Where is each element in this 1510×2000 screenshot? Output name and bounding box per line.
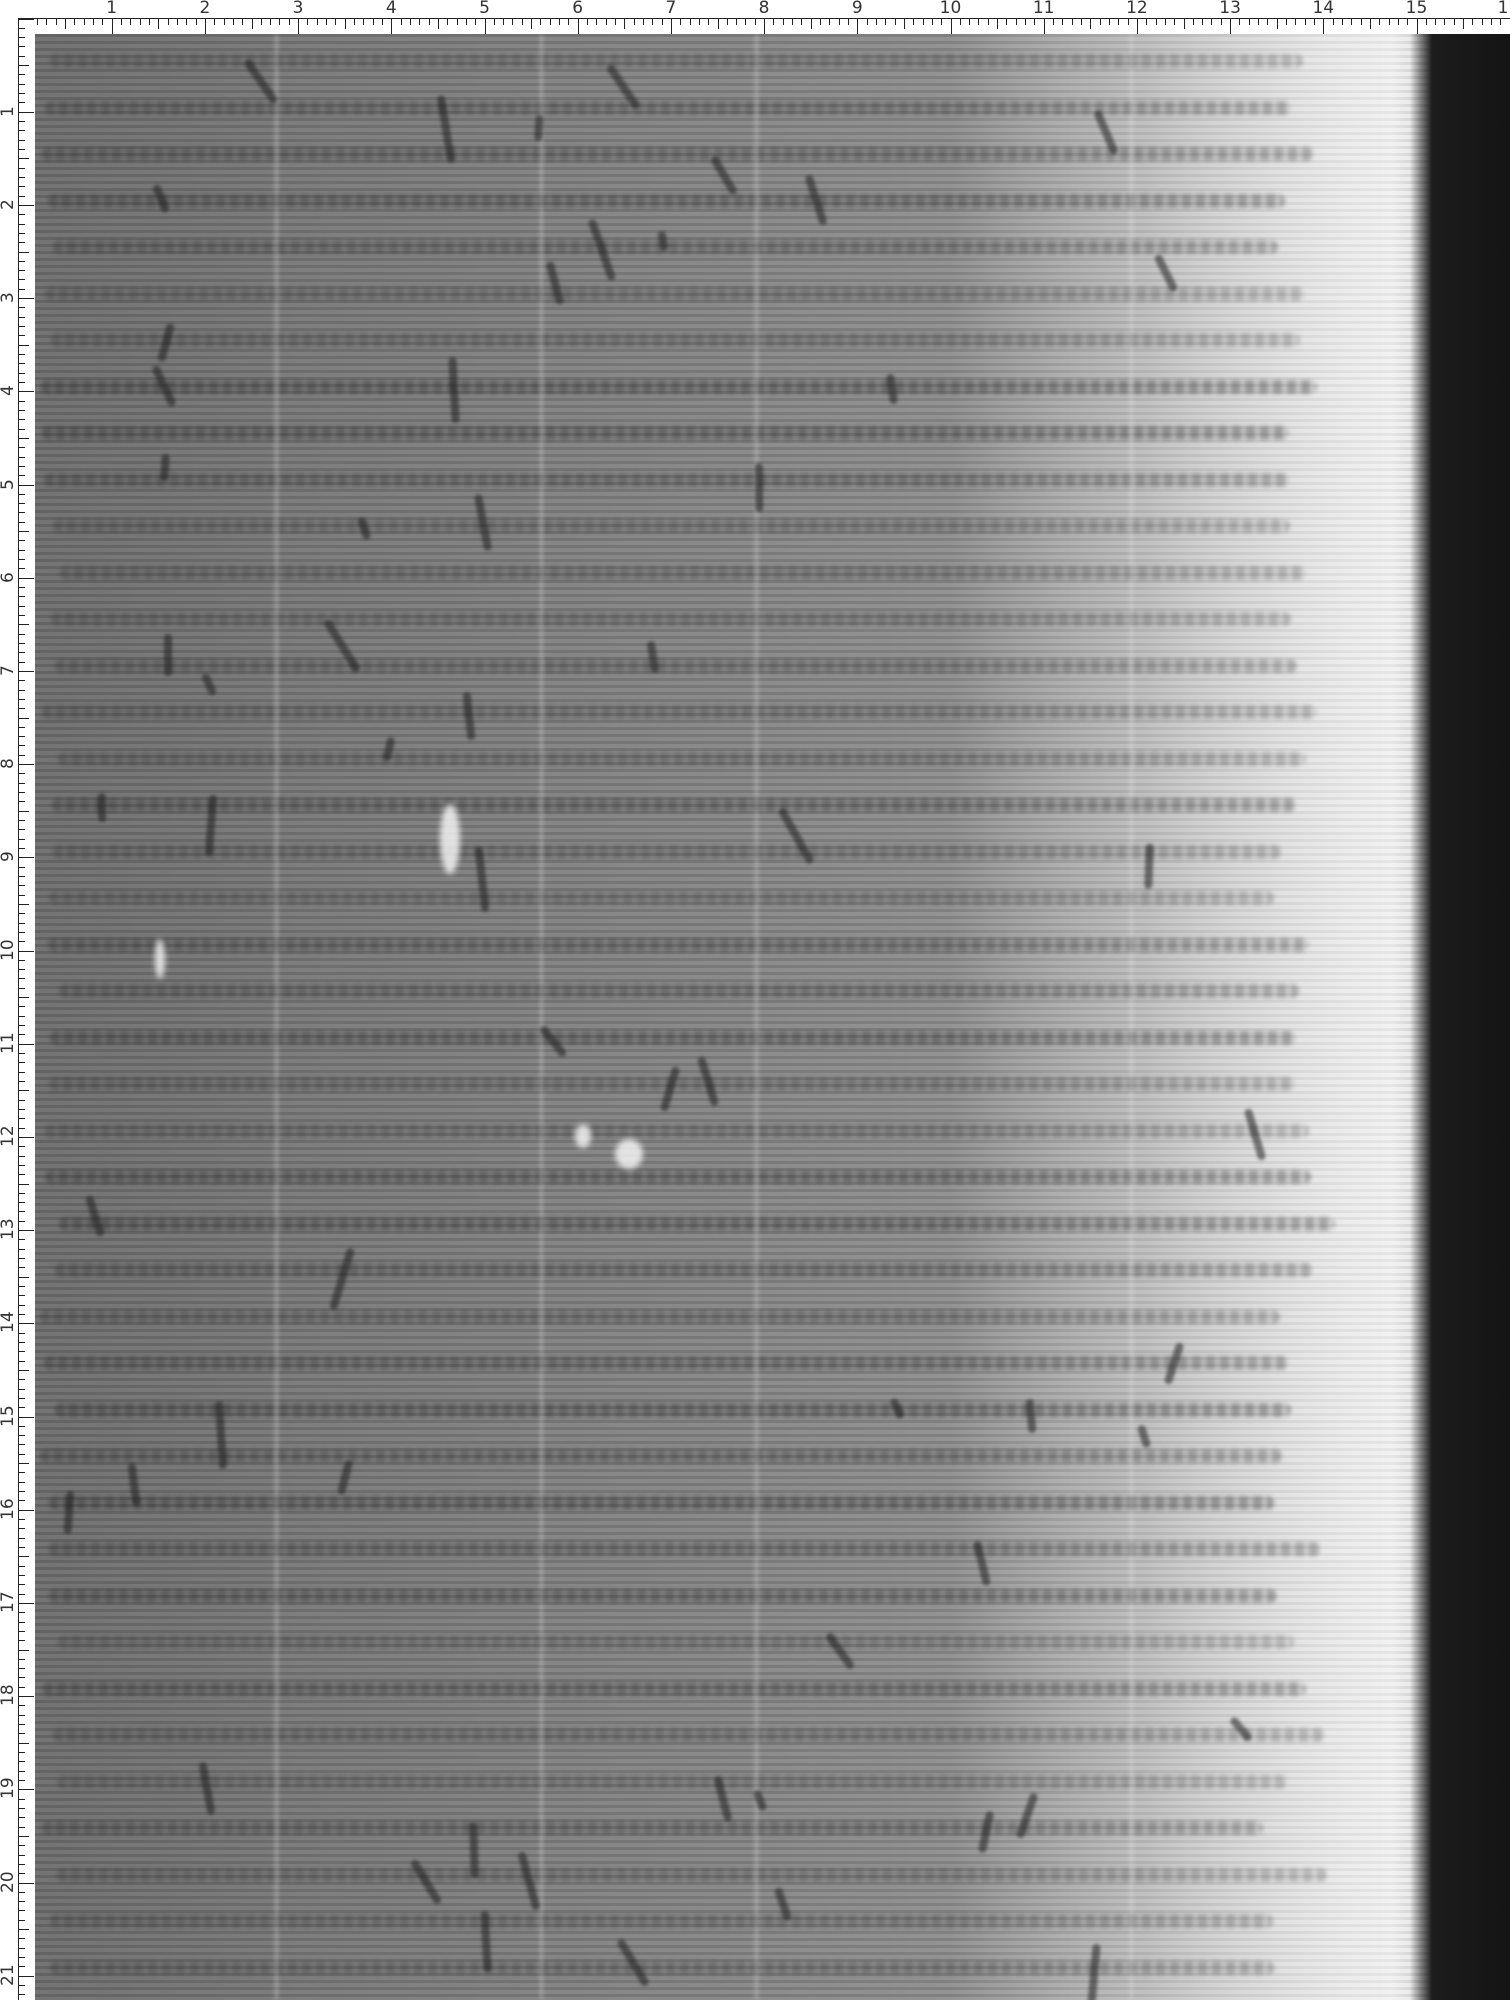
ruler-tick (19, 1454, 25, 1455)
ruler-tick (19, 205, 34, 206)
ruler-tick (19, 1650, 29, 1651)
ruler-tick (867, 19, 868, 25)
ruler-tick (19, 1016, 25, 1017)
ruler-tick (19, 969, 25, 970)
ruler-tick (19, 149, 25, 150)
ink-stroke (1144, 844, 1154, 889)
ruler-tick (19, 1743, 29, 1744)
manuscript-text-line (49, 1589, 1277, 1603)
ruler-tick (19, 270, 25, 271)
ruler-tick (19, 1407, 25, 1408)
ruler-tick (19, 1258, 25, 1259)
ruler-tick (1370, 19, 1371, 29)
manuscript-text-line (45, 101, 1292, 115)
ruler-tick (624, 19, 625, 29)
ruler-tick (19, 429, 25, 430)
ruler-tick (345, 19, 346, 29)
ruler-label: 9 (0, 851, 17, 862)
ruler-tick (680, 19, 681, 25)
ruler-tick (19, 1519, 25, 1520)
top-ruler: 01234567891011121314151 (0, 0, 1510, 34)
ruler-tick (19, 857, 34, 858)
ruler-label: 14 (0, 1312, 17, 1334)
ruler-tick (19, 522, 25, 523)
ruler-tick (19, 1165, 25, 1166)
ruler-tick (177, 19, 178, 25)
ruler-tick (19, 792, 25, 793)
ruler-tick (1053, 19, 1054, 25)
ruler-tick (718, 19, 719, 29)
ruler-label: 7 (0, 665, 17, 676)
ruler-tick (19, 354, 25, 355)
ruler-tick (19, 261, 25, 262)
ruler-tick (1249, 19, 1250, 25)
ruler-tick (205, 19, 206, 34)
ruler-tick (1407, 19, 1408, 25)
ruler-tick (158, 19, 159, 29)
ruler-tick (419, 19, 420, 25)
ruler-tick (19, 1249, 25, 1250)
manuscript-text-line (57, 1868, 1328, 1882)
ruler-tick (19, 820, 25, 821)
ruler-tick (1463, 19, 1464, 29)
ruler-tick (19, 1286, 25, 1287)
ruler-tick (559, 19, 560, 25)
ruler-tick (19, 568, 25, 569)
ruler-tick (19, 289, 25, 290)
ruler-tick (485, 19, 486, 34)
ruler-tick (19, 1137, 34, 1138)
bright-spot (155, 939, 165, 979)
ruler-tick (19, 1435, 25, 1436)
ruler-tick (19, 997, 29, 998)
ruler-tick (363, 19, 364, 25)
ruler-tick (19, 410, 25, 411)
ruler-tick (475, 19, 476, 25)
ruler-tick (19, 391, 34, 392)
ruler-tick (512, 19, 513, 25)
ruler-tick (19, 1640, 25, 1641)
ruler-tick (19, 1500, 25, 1501)
ruler-tick (19, 1062, 25, 1063)
ruler-tick (270, 19, 271, 25)
ruler-tick (960, 19, 961, 25)
ink-stroke (885, 374, 897, 405)
ruler-tick (19, 326, 25, 327)
ruler-tick (19, 317, 25, 318)
ruler-tick (19, 913, 25, 914)
ruler-tick (19, 745, 25, 746)
ruler-tick (19, 578, 34, 579)
ruler-tick (19, 1146, 25, 1147)
ruler-tick (19, 1538, 25, 1539)
manuscript-text-line (48, 194, 1285, 208)
ruler-tick (19, 773, 25, 774)
ruler-tick (19, 28, 25, 29)
ruler-tick (1295, 19, 1296, 25)
ruler-label: 21 (0, 1964, 17, 1986)
ruler-tick (522, 19, 523, 25)
ruler-tick (783, 19, 784, 25)
ruler-tick (19, 606, 25, 607)
ruler-tick (848, 19, 849, 25)
ruler-label: 5 (0, 479, 17, 490)
ruler-tick (19, 1351, 25, 1352)
ink-stroke (448, 357, 459, 423)
ruler-tick (1491, 19, 1492, 25)
ruler-tick (19, 867, 25, 868)
ruler-tick (19, 1594, 25, 1595)
ruler-tick (652, 19, 653, 25)
ruler-tick (19, 811, 29, 812)
ink-stroke (201, 672, 218, 696)
ruler-tick (1184, 19, 1185, 29)
ruler-tick (19, 699, 25, 700)
ruler-tick (895, 19, 896, 25)
fold-line (540, 34, 543, 2000)
ruler-tick (196, 19, 197, 25)
ruler-tick (19, 1491, 25, 1492)
ruler-tick (19, 1072, 25, 1073)
ruler-tick (19, 978, 25, 979)
fold-line (275, 34, 278, 2000)
ruler-tick (65, 19, 66, 29)
ruler-tick (19, 643, 25, 644)
ruler-tick (19, 1892, 25, 1893)
manuscript-text-line (45, 287, 1305, 301)
ruler-tick (19, 1827, 25, 1828)
manuscript-text-line (59, 984, 1298, 998)
ruler-tick (1482, 19, 1483, 25)
manuscript-text-line (45, 1124, 1310, 1138)
ruler-tick (19, 1920, 25, 1921)
ruler-label: 11 (0, 1032, 17, 1054)
ruler-tick (19, 1174, 25, 1175)
ruler-tick (19, 1910, 25, 1911)
ruler-tick (1500, 19, 1501, 25)
ruler-tick (19, 298, 34, 299)
ruler-tick (317, 19, 318, 25)
ruler-tick (168, 19, 169, 25)
ruler-tick (19, 587, 25, 588)
ruler-tick (1100, 19, 1101, 25)
ruler-tick (1417, 19, 1418, 34)
ruler-tick (19, 615, 25, 616)
ruler-tick (708, 19, 709, 25)
manuscript-text-line (42, 1821, 1263, 1835)
ruler-tick (19, 540, 25, 541)
ruler-tick (1305, 19, 1306, 25)
ruler-tick (885, 19, 886, 25)
ruler-frame-top (18, 18, 1510, 19)
ruler-label: 7 (665, 0, 676, 17)
ruler-tick (978, 19, 979, 25)
ruler-tick (19, 512, 25, 513)
manuscript-text-line (60, 566, 1307, 580)
ruler-tick (727, 19, 728, 25)
ruler-tick (19, 1733, 25, 1734)
ruler-tick (19, 680, 25, 681)
ruler-tick (969, 19, 970, 25)
ruler-tick (19, 1966, 25, 1967)
ruler-tick (951, 19, 952, 34)
ruler-tick (19, 1799, 25, 1800)
ruler-tick (1379, 19, 1380, 25)
ruler-tick (19, 1025, 25, 1026)
ruler-tick (699, 19, 700, 25)
ruler-tick (19, 84, 25, 85)
ruler-tick (19, 363, 25, 364)
ruler-tick (19, 1361, 25, 1362)
ruler-tick (19, 457, 25, 458)
ruler-tick (1230, 19, 1231, 34)
ruler-tick (298, 19, 299, 34)
ruler-label: 1 (0, 106, 17, 117)
ruler-tick (829, 19, 830, 25)
ruler-tick (19, 690, 25, 691)
ruler-tick (19, 1864, 25, 1865)
ruler-tick (19, 624, 29, 625)
ruler-tick (289, 19, 290, 25)
ruler-tick (19, 1752, 25, 1753)
bright-spot (615, 1139, 643, 1169)
ruler-label: 18 (0, 1684, 17, 1706)
ruler-tick (19, 1584, 25, 1585)
ruler-tick (19, 839, 25, 840)
ruler-tick (19, 1901, 25, 1902)
ruler-tick (1062, 19, 1063, 25)
ruler-tick (1044, 19, 1045, 34)
ruler-tick (233, 19, 234, 25)
ruler-tick (19, 1034, 25, 1035)
ruler-tick (19, 1044, 34, 1045)
ruler-tick (252, 19, 253, 29)
ruler-tick (1146, 19, 1147, 25)
ruler-tick (1016, 19, 1017, 25)
ruler-tick (354, 19, 355, 25)
ruler-tick (19, 1817, 25, 1818)
ruler-tick (410, 19, 411, 25)
ruler-tick (19, 550, 25, 551)
manuscript-text-line (52, 798, 1296, 812)
ruler-tick (1137, 19, 1138, 34)
ruler-tick (19, 466, 25, 467)
dark-edge-band (1410, 34, 1510, 2000)
ruler-tick (130, 19, 131, 25)
ruler-tick (1090, 19, 1091, 29)
ruler-tick (19, 419, 25, 420)
manuscript-text-line (41, 380, 1317, 394)
ruler-label: 11 (1033, 0, 1055, 17)
ruler-tick (19, 177, 25, 178)
ruler-tick (19, 1389, 25, 1390)
ruler-tick (19, 485, 34, 486)
fold-line (1130, 34, 1133, 2000)
ruler-tick (1351, 19, 1352, 25)
ruler-tick (335, 19, 336, 25)
ruler-tick (19, 1994, 25, 1995)
ruler-tick (19, 1808, 25, 1809)
ruler-tick (214, 19, 215, 25)
ruler-tick (19, 932, 25, 933)
ruler-tick (19, 1566, 25, 1567)
ruler-label: 10 (0, 939, 17, 961)
ruler-tick (19, 438, 29, 439)
ruler-tick (19, 904, 29, 905)
ruler-tick (19, 1575, 25, 1576)
ruler-tick (19, 783, 25, 784)
ruler-tick (1258, 19, 1259, 25)
ruler-tick (503, 19, 504, 25)
ruler-tick (606, 19, 607, 25)
ruler-tick (373, 19, 374, 25)
ruler-tick (19, 1771, 25, 1772)
ruler-tick (568, 19, 569, 25)
ruler-tick (1342, 19, 1343, 25)
ruler-tick (19, 233, 25, 234)
ruler-tick (19, 279, 25, 280)
ruler-tick (876, 19, 877, 25)
ruler-label: 5 (479, 0, 490, 17)
ruler-tick (745, 19, 746, 25)
ruler-tick (19, 1202, 25, 1203)
ruler-tick (19, 1109, 25, 1110)
ruler-tick (1277, 19, 1278, 29)
ruler-tick (19, 224, 25, 225)
ruler-tick (596, 19, 597, 25)
ruler-tick (19, 1295, 25, 1296)
ruler-tick (19, 242, 25, 243)
ruler-tick (634, 19, 635, 25)
ruler-tick (326, 19, 327, 25)
ruler-tick (764, 19, 765, 34)
ruler-tick (19, 1128, 25, 1129)
ruler-tick (261, 19, 262, 25)
ruler-tick (662, 19, 663, 25)
ruler-tick (19, 801, 25, 802)
ruler-tick (19, 1482, 25, 1483)
ruler-tick (19, 1528, 25, 1529)
ruler-tick (839, 19, 840, 25)
ruler-tick (19, 559, 25, 560)
ruler-tick (19, 74, 25, 75)
ruler-label: 1 (106, 0, 117, 17)
ruler-label: 15 (1406, 0, 1428, 17)
ruler-tick (19, 1677, 25, 1678)
ruler-label: 13 (1219, 0, 1241, 17)
ruler-tick (19, 46, 25, 47)
ruler-tick (140, 19, 141, 25)
ruler-tick (19, 1631, 25, 1632)
ruler-tick (242, 19, 243, 25)
ruler-tick (1314, 19, 1315, 25)
ruler-tick (19, 1463, 29, 1464)
ruler-tick (19, 1323, 34, 1324)
ruler-tick (913, 19, 914, 25)
ruler-tick (74, 19, 75, 25)
ruler-tick (811, 19, 812, 29)
ink-stroke (1137, 1425, 1152, 1449)
ruler-tick (19, 1612, 25, 1613)
ruler-tick (401, 19, 402, 25)
ruler-tick (1239, 19, 1240, 25)
ruler-tick (19, 1379, 25, 1380)
ruler-tick (19, 1948, 25, 1949)
ruler-tick (19, 1873, 25, 1874)
ruler-tick (19, 382, 25, 383)
ruler-tick (1267, 19, 1268, 25)
ruler-tick (932, 19, 933, 25)
ruler-tick (755, 19, 756, 25)
ruler-tick (19, 1472, 25, 1473)
ruler-tick (1006, 19, 1007, 25)
ruler-label: 3 (293, 0, 304, 17)
ruler-tick (279, 19, 280, 25)
ruler-tick (904, 19, 905, 29)
ruler-tick (1426, 19, 1427, 25)
ruler-tick (820, 19, 821, 25)
ruler-tick (988, 19, 989, 25)
ruler-label: 16 (0, 1498, 17, 1520)
ruler-tick (438, 19, 439, 29)
ruler-tick (19, 335, 25, 336)
ruler-tick (19, 1780, 25, 1781)
ruler-tick (19, 196, 25, 197)
manuscript-text-line (50, 1914, 1273, 1928)
ruler-tick (19, 1081, 25, 1082)
ruler-tick (19, 140, 25, 141)
manuscript-text-line (45, 1170, 1311, 1184)
ruler-tick (19, 1417, 34, 1418)
ruler-tick (1444, 19, 1445, 25)
ruler-tick (19, 1724, 25, 1725)
ruler-tick (19, 596, 25, 597)
ruler-tick (1034, 19, 1035, 25)
manuscript-text-line (43, 1682, 1305, 1696)
ruler-tick (56, 19, 57, 25)
ruler-tick (19, 1836, 29, 1837)
ruler-label: 19 (0, 1778, 17, 1800)
ink-stroke (410, 1858, 443, 1905)
manuscript-text-line (57, 1775, 1287, 1789)
ruler-tick (19, 1603, 34, 1604)
ruler-tick (773, 19, 774, 25)
ink-stroke (198, 1762, 215, 1816)
ruler-tick (19, 1426, 25, 1427)
ruler-tick (19, 1622, 25, 1623)
ruler-tick (494, 19, 495, 25)
ruler-tick (19, 401, 25, 402)
ruler-label: 4 (0, 385, 17, 396)
manuscript-text-line (44, 1356, 1288, 1370)
ruler-tick (19, 736, 25, 737)
ruler-tick (997, 19, 998, 29)
ruler-label: 12 (0, 1125, 17, 1147)
ruler-tick (1333, 19, 1334, 25)
ruler-tick (19, 186, 25, 187)
ink-stroke (160, 454, 170, 481)
manuscript-text-line (49, 1496, 1274, 1510)
manuscript-text-line (42, 705, 1318, 719)
ruler-tick (19, 1855, 25, 1856)
ruler-label: 3 (0, 292, 17, 303)
ruler-tick (1323, 19, 1324, 34)
manuscript-text-line (58, 1635, 1294, 1649)
ruler-tick (19, 1156, 25, 1157)
ruler-tick (1165, 19, 1166, 25)
ink-stroke (337, 1459, 354, 1495)
ruler-frame-left (18, 18, 19, 2000)
